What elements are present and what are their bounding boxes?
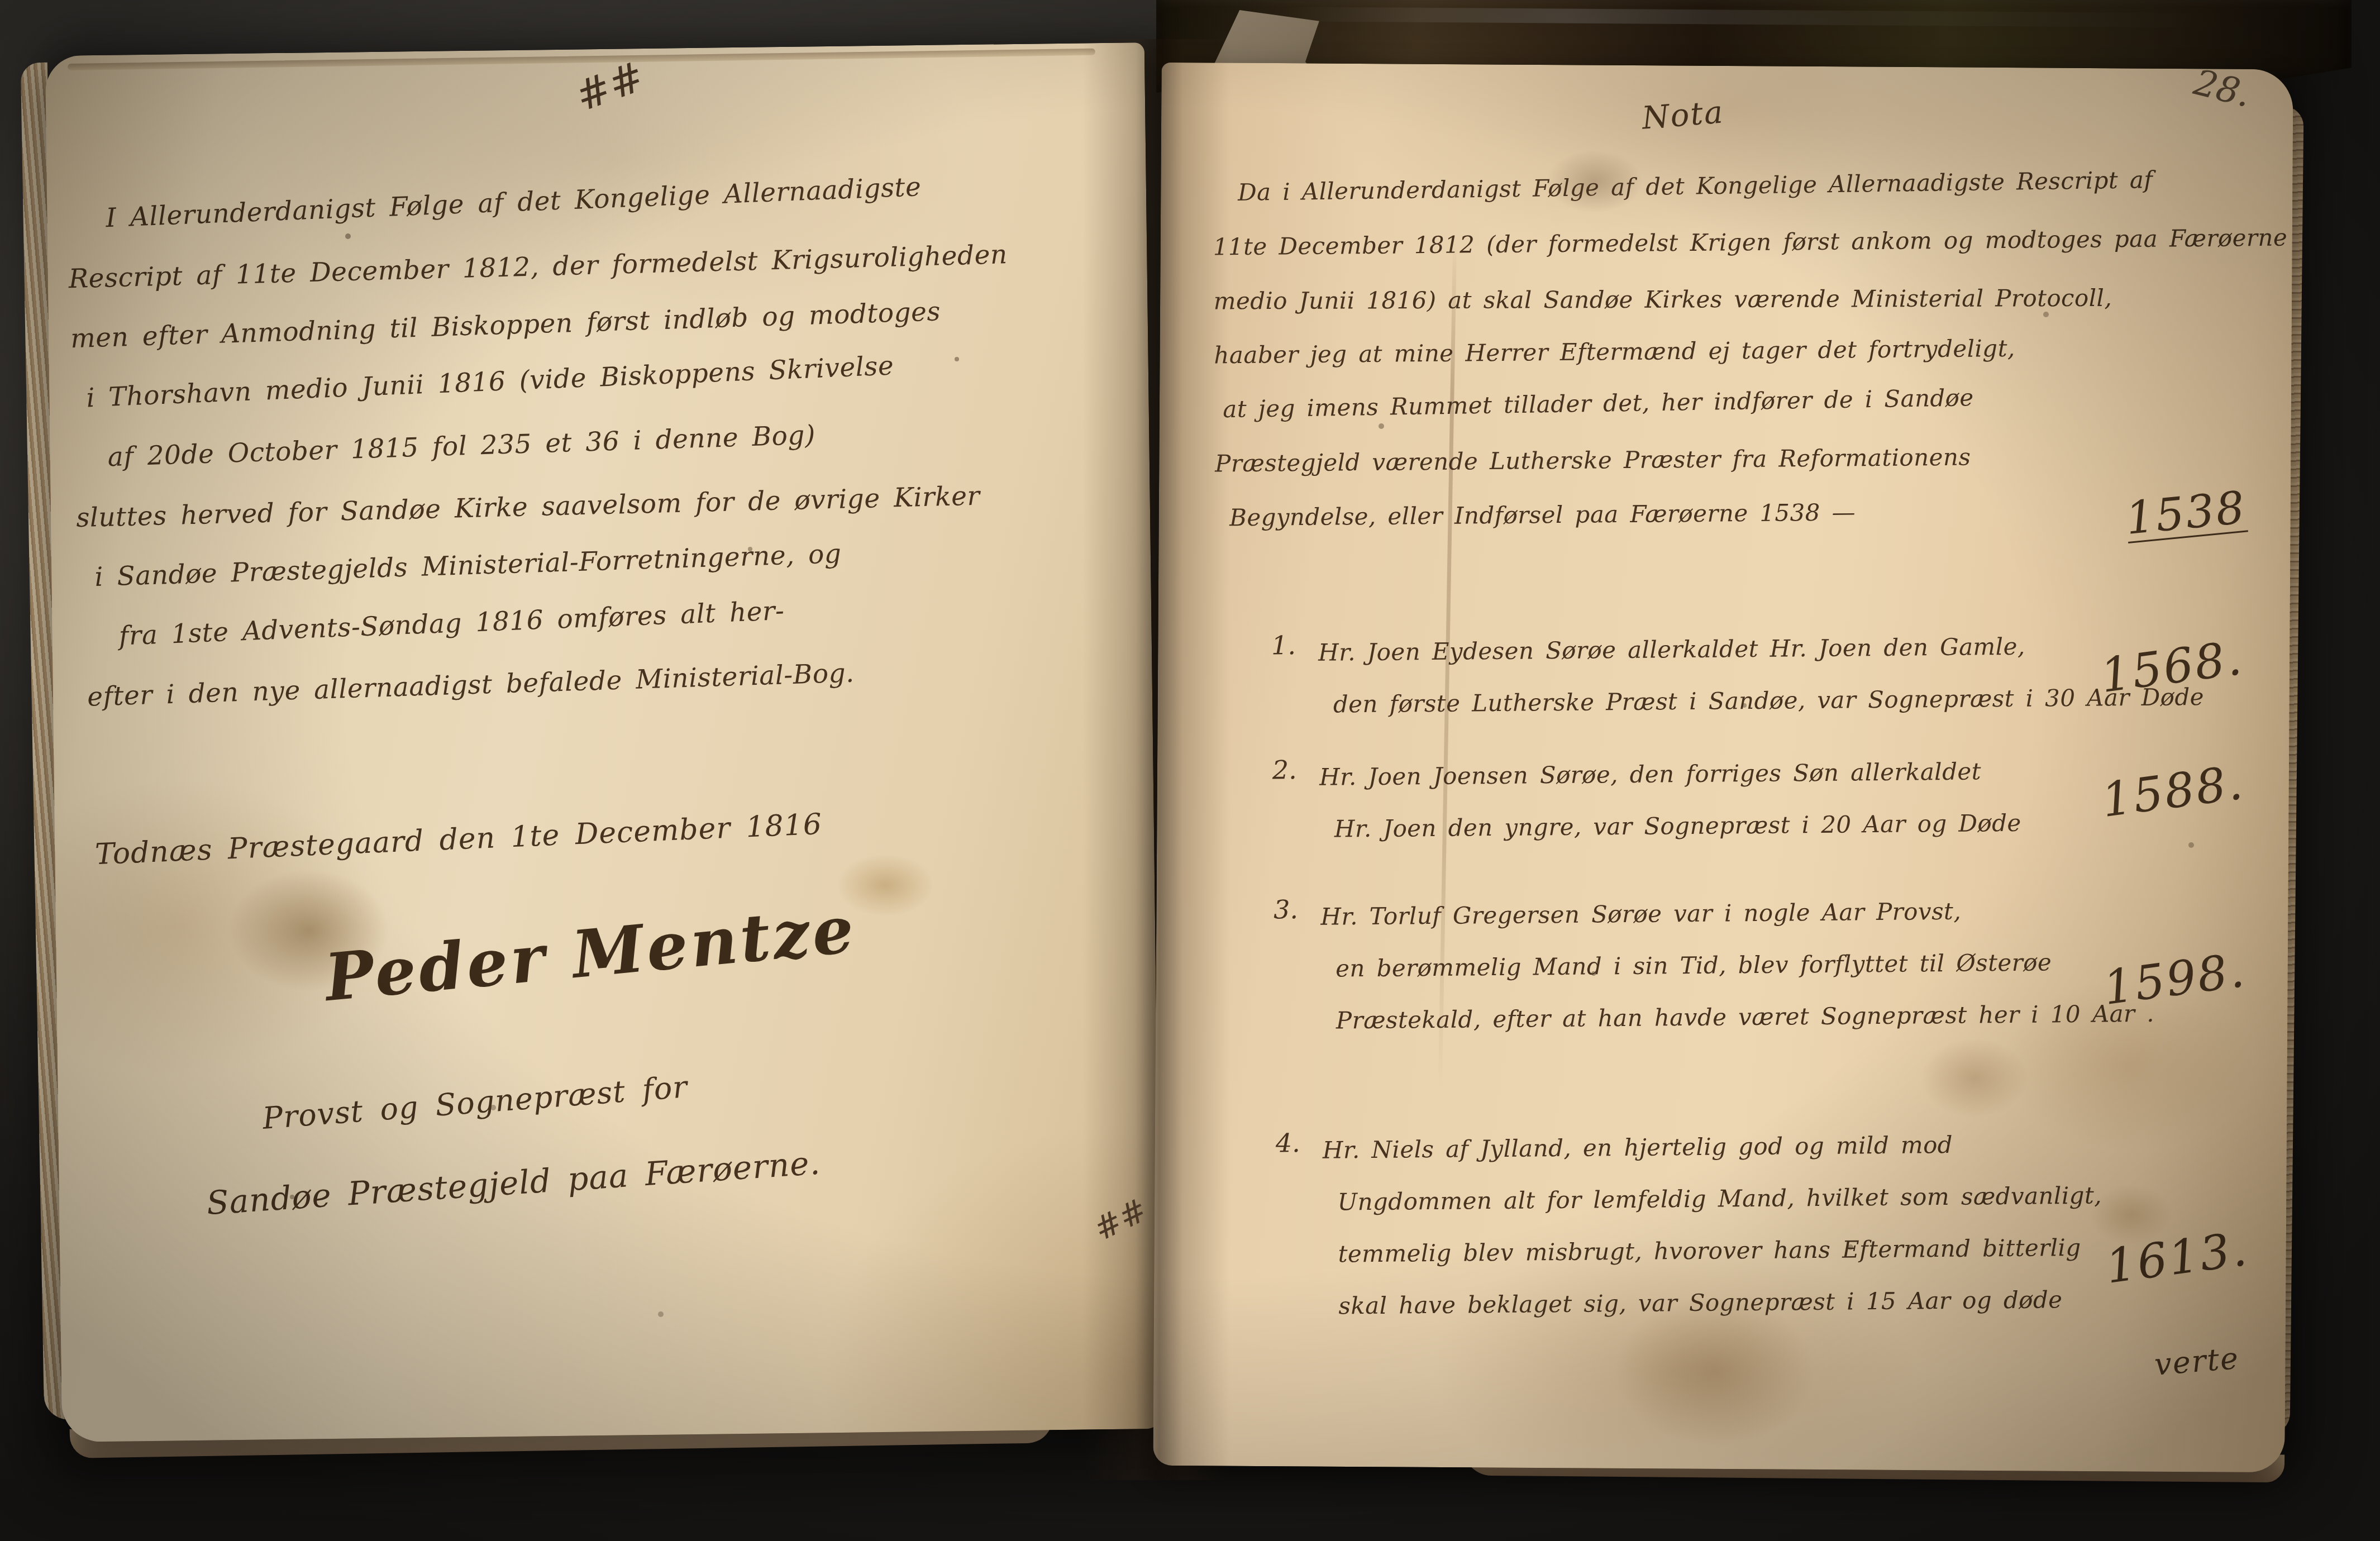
signature-title-line: Sandøe Præstegjeld paa Færøerne. bbox=[206, 1143, 822, 1222]
manuscript-line: medio Junii 1816) at skal Sandøe Kirkes … bbox=[1213, 270, 2286, 328]
verte-note: verte bbox=[2153, 1340, 2240, 1382]
entry-number: 1. bbox=[1271, 630, 1296, 660]
entry-number: 2. bbox=[1272, 755, 1297, 785]
manuscript-photo: ## I Allerunderdanigst Følge af det Kong… bbox=[0, 0, 2380, 1541]
manuscript-line: Hr. Niels af Jylland, en hjertelig god o… bbox=[1322, 1115, 2309, 1176]
ink-specks bbox=[0, 0, 3, 3]
manuscript-line: Hr. Torluf Gregersen Sørøe var i nogle A… bbox=[1320, 882, 2307, 942]
entry-lines: Hr. Niels af Jylland, en hjertelig god o… bbox=[1322, 1115, 2310, 1332]
manuscript-line: Da i Allerunderdanigst Følge af det Kong… bbox=[1237, 151, 2285, 220]
right-page-text: Nota Da i Allerunderdanigst Følge af det… bbox=[1195, 62, 2313, 1479]
left-page-text: I Allerunderdanigst Følge af det Kongeli… bbox=[60, 151, 1135, 1356]
manuscript-line: 11te December 1812 (der formedelst Krige… bbox=[1213, 211, 2286, 274]
manuscript-line: Ungdommen alt for lemfeldig Mand, hvilke… bbox=[1337, 1167, 2310, 1228]
priest-entry: 3. Hr. Torluf Gregersen Sørøe var i nogl… bbox=[1275, 882, 2308, 1047]
right-page-paragraph: Da i Allerunderdanigst Følge af det Kong… bbox=[1213, 156, 2288, 545]
priest-entry: 4. Hr. Niels af Jylland, en hjertelig go… bbox=[1276, 1115, 2310, 1332]
entry-number: 3. bbox=[1274, 894, 1298, 924]
signature-name: Peder Mentze bbox=[322, 891, 860, 1017]
entry-number: 4. bbox=[1276, 1128, 1300, 1158]
dateline: Todnæs Præstegaard den 1te December 1816 bbox=[94, 808, 823, 871]
manuscript-line: Præstegjeld værende Lutherske Præster fr… bbox=[1215, 427, 2288, 491]
priest-entry: 2. Hr. Joen Joensen Sørøe, den forriges … bbox=[1274, 742, 2307, 855]
priest-entry: 1. Hr. Joen Eydesen Sørøe allerkaldet Hr… bbox=[1272, 618, 2306, 731]
left-page-paragraph: I Allerunderdanigst Følge af det Kongeli… bbox=[66, 158, 1099, 727]
signature-title-line: Provst og Sognepræst for bbox=[261, 1069, 689, 1136]
nota-heading: Nota bbox=[1640, 94, 1725, 136]
